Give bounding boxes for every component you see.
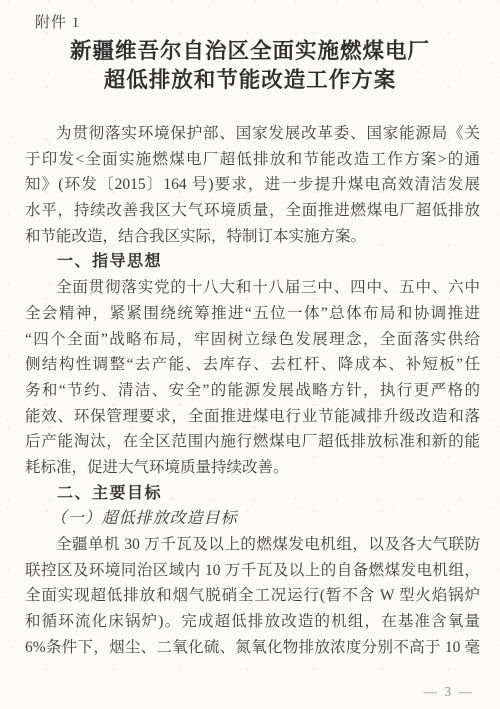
body-line: 6%条件下，烟尘、二氧化硫、氮氧化物排放浓度分别不高于 10 毫: [25, 635, 480, 661]
section-heading: 二、主要目标: [25, 481, 480, 507]
body-line: 为贯彻落实环境保护部、国家发展改革委、国家能源局《关: [25, 121, 480, 147]
body-line: 和节能改造，结合我区实际，特制订本实施方案。: [25, 224, 480, 250]
body-line: 耗标准，促进大气环境质量持续改善。: [25, 455, 480, 481]
body-line: 能效、环保管理要求，全面推进煤电行业节能减排升级改造和落: [25, 404, 480, 430]
body-line: 全面贯彻落实党的十八大和十八届三中、四中、五中、六中: [25, 275, 480, 301]
body-line: 全面实现超低排放和烟气脱硝全工况运行(暂不含 W 型火焰锅炉: [25, 583, 480, 609]
sub-heading: （一）超低排放改造目标: [25, 506, 480, 532]
body-line: 务和“节约、清洁、安全”的能源发展战略方针，执行更严格的: [25, 378, 480, 404]
body-line: 和循环流化床锅炉)。完成超低排放改造的机组，在基准含氧量: [25, 609, 480, 635]
document-page: 附件 1 新疆维吾尔自治区全面实施燃煤电厂 超低排放和节能改造工作方案 为贯彻落…: [0, 0, 500, 709]
section-heading: 一、指导思想: [25, 249, 480, 275]
document-body: 为贯彻落实环境保护部、国家发展改革委、国家能源局《关 于印发<全面实施燃煤电厂超…: [25, 121, 480, 660]
body-line: 后产能淘汰，在全区范围内施行燃煤电厂超低排放标准和新的能: [25, 429, 480, 455]
document-title: 新疆维吾尔自治区全面实施燃煤电厂 超低排放和节能改造工作方案: [0, 37, 500, 95]
body-line: 全会精神，紧紧围绕统筹推进“五位一体”总体布局和协调推进: [25, 301, 480, 327]
attachment-label: 附件 1: [35, 11, 80, 32]
body-line: 侧结构性调整“去产能、去库存、去杠杆、降成本、补短板”任: [25, 352, 480, 378]
body-line: 水平，持续改善我区大气环境质量，全面推进燃煤电厂超低排放: [25, 198, 480, 224]
body-line: 全疆单机 30 万千瓦及以上的燃煤发电机组，以及各大气联防: [25, 532, 480, 558]
body-line: 于印发<全面实施燃煤电厂超低排放和节能改造工作方案>的通: [25, 147, 480, 173]
body-line: “四个全面”战略布局，牢固树立绿色发展理念，全面落实供给: [25, 327, 480, 353]
title-line: 新疆维吾尔自治区全面实施燃煤电厂: [0, 37, 500, 66]
body-line: 联控区及环境同治区域内 10 万千瓦及以上的自备燃煤发电机组，: [25, 558, 480, 584]
body-line: 知》(环发〔2015〕164 号)要求，进一步提升煤电高效清洁发展: [25, 172, 480, 198]
title-line: 超低排放和节能改造工作方案: [0, 66, 500, 95]
page-number: — 3 —: [424, 684, 475, 700]
